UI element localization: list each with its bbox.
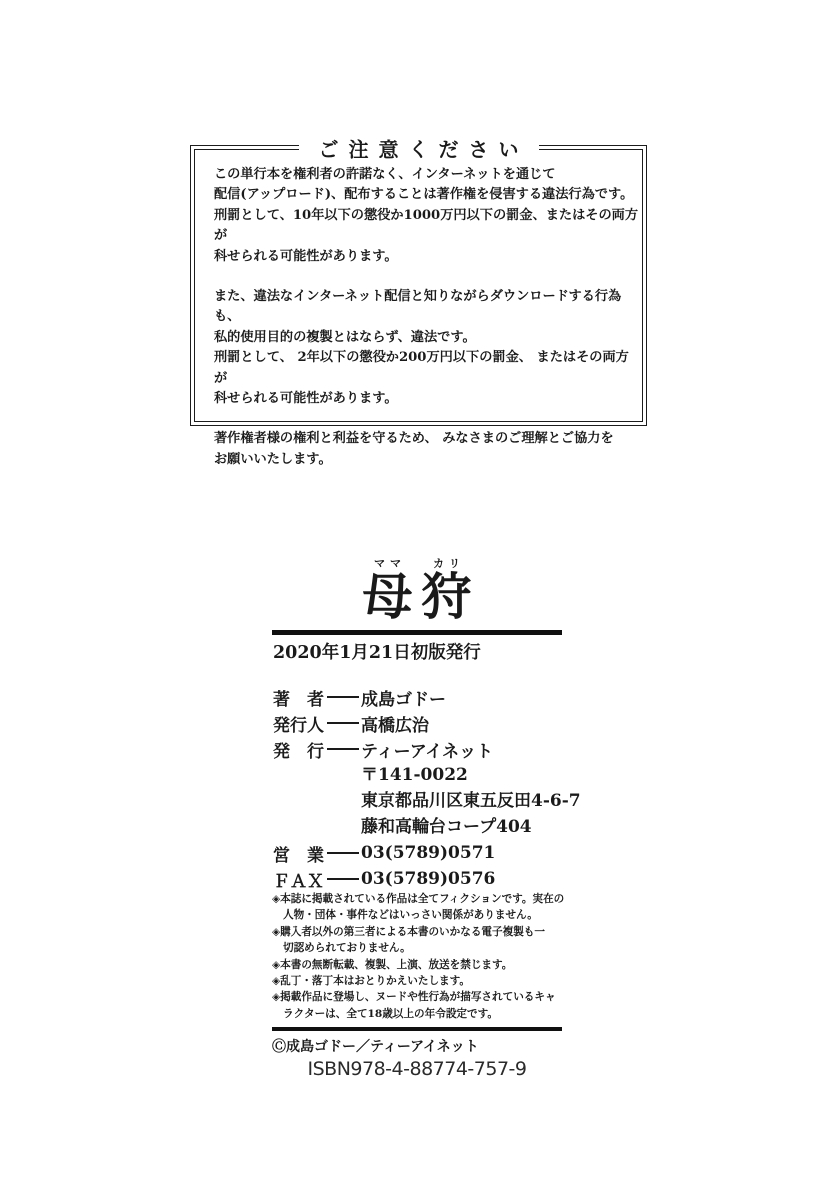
issuer-label: 発行人	[273, 711, 327, 736]
title-char-1: ママ 母	[362, 557, 412, 622]
isbn-number: ISBN978-4-88774-757-9	[272, 1058, 562, 1080]
notice-paragraph-upload: この単行本を権利者の許諾なく、インターネットを通じて 配信(アップロード)、配布…	[214, 165, 640, 267]
title-kanji-1: 母	[362, 571, 412, 622]
publisher-name: ティーアイネット	[361, 737, 493, 762]
publisher-row: 発 行 ティーアイネット	[273, 736, 581, 762]
note-reprint: ◈本書の無断転載、複製、上演、放送を禁じます。	[272, 957, 572, 973]
diamond-bullet-icon: ◈	[272, 926, 280, 938]
sales-phone: 03(5789)0571	[361, 843, 495, 863]
address-line-2: 藤和高輪台コープ404	[361, 814, 581, 840]
publication-info: 著 者 成島ゴドー 発行人 高橋広治 発 行 ティーアイネット 〒141-002…	[273, 684, 581, 892]
title-kanji-2: 狩	[422, 571, 472, 622]
colophon-page: ご注意ください この単行本を権利者の許諾なく、インターネットを通じて 配信(アッ…	[0, 0, 835, 1184]
note-age: ◈掲載作品に登場し、ヌードや性行為が描写されているキャ	[272, 989, 572, 1005]
issuer-name: 高橋広治	[361, 711, 429, 736]
copyright-line: Ⓒ成島ゴドー／ティーアイネット	[272, 1036, 479, 1056]
publisher-label: 発 行	[273, 737, 327, 762]
issuer-row: 発行人 高橋広治	[273, 710, 581, 736]
diamond-bullet-icon: ◈	[272, 991, 280, 1003]
notice-paragraph-request: 著作権者様の権利と利益を守るため、 みなさまのご理解とご協力を お願いいたします…	[214, 429, 640, 470]
note-defect: ◈乱丁・落丁本はおとりかえいたします。	[272, 973, 572, 989]
note-fiction-cont: 人物・団体・事件などはいっさい関係がありません。	[272, 907, 572, 923]
diamond-bullet-icon: ◈	[272, 975, 280, 987]
title-char-2: カリ 狩	[422, 557, 472, 622]
label-dash	[327, 748, 359, 750]
notice-body: この単行本を権利者の許諾なく、インターネットを通じて 配信(アップロード)、配布…	[194, 149, 643, 422]
author-row: 著 者 成島ゴドー	[273, 684, 581, 710]
divider-bottom	[272, 1027, 562, 1031]
copyright-warning-box: ご注意ください この単行本を権利者の許諾なく、インターネットを通じて 配信(アッ…	[190, 145, 647, 426]
notice-paragraph-download: また、違法なインターネット配信と知りながらダウンロードする行為も、 私的使用目的…	[214, 287, 640, 409]
label-dash	[327, 696, 359, 698]
author-label: 著 者	[273, 685, 327, 710]
edition-date: 2020年1月21日初版発行	[273, 639, 481, 664]
note-fiction: ◈本誌に掲載されている作品は全てフィクションです。実在の	[272, 891, 572, 907]
label-dash	[327, 722, 359, 724]
book-title: ママ 母 カリ 狩	[272, 552, 562, 622]
postal-code: 〒141-0022	[361, 762, 581, 788]
sales-label: 営 業	[273, 841, 327, 866]
address-line-1: 東京都品川区東五反田4-6-7	[361, 788, 581, 814]
label-dash	[327, 852, 359, 854]
diamond-bullet-icon: ◈	[272, 893, 280, 905]
legal-notes: ◈本誌に掲載されている作品は全てフィクションです。実在の 人物・団体・事件などは…	[272, 891, 572, 1022]
notice-heading: ご注意ください	[299, 134, 539, 163]
fax-row: ＦＡＸ 03(5789)0576	[273, 866, 581, 892]
note-copy: ◈購入者以外の第三者による本書のいかなる電子複製も一	[272, 924, 572, 940]
divider-top	[272, 630, 562, 635]
note-copy-cont: 切認められておりません。	[272, 940, 572, 956]
author-name: 成島ゴドー	[361, 685, 446, 710]
diamond-bullet-icon: ◈	[272, 959, 280, 971]
fax-label: ＦＡＸ	[273, 867, 327, 892]
sales-phone-row: 営 業 03(5789)0571	[273, 840, 581, 866]
note-age-cont: ラクターは、全て18歳以上の年令設定です。	[272, 1006, 572, 1022]
fax-number: 03(5789)0576	[361, 869, 495, 889]
label-dash	[327, 878, 359, 880]
